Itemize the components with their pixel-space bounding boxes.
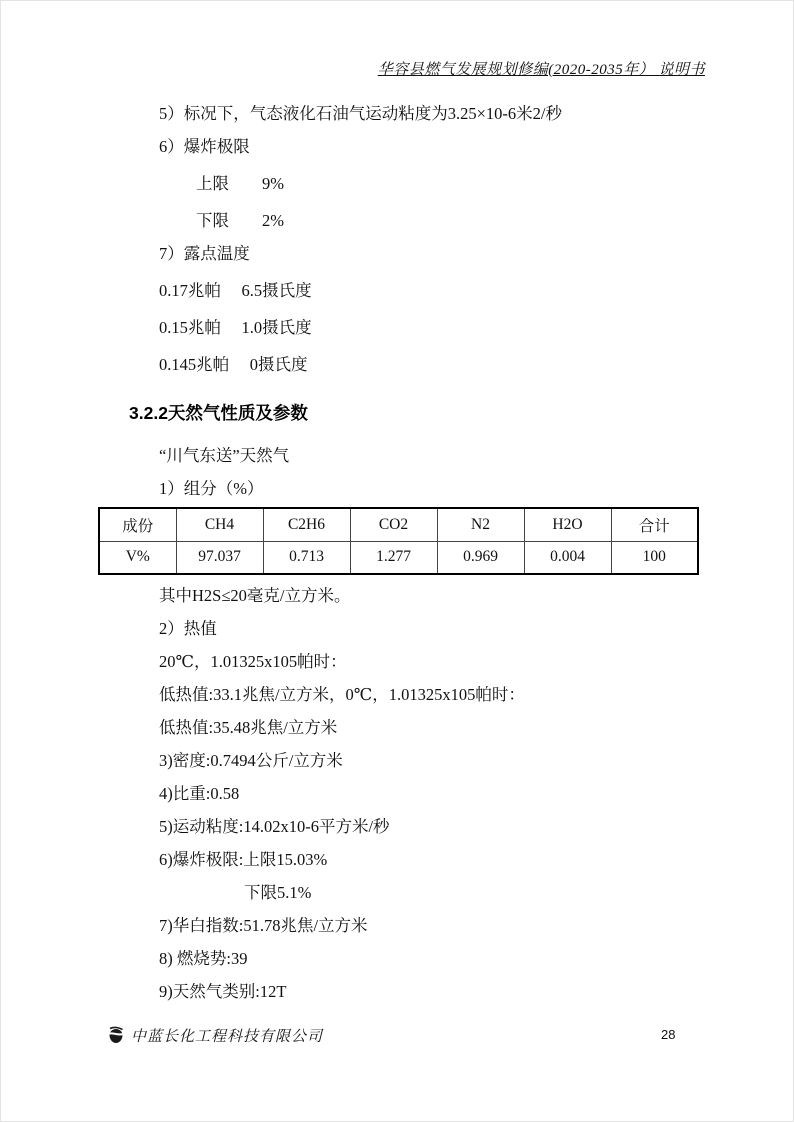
- ng-composition-heading: 1）组分（%）: [129, 472, 707, 505]
- ng-source-line: “川气东送”天然气: [129, 439, 707, 472]
- ng-heat-value-heading: 2）热值: [129, 612, 707, 645]
- ng-density-line: 3)密度:0.7494公斤/立方米: [129, 744, 707, 777]
- ng-combustion-potential-line: 8) 燃烧势:39: [129, 942, 707, 975]
- ng-wobbe-index-line: 7)华白指数:51.78兆焦/立方米: [129, 909, 707, 942]
- lpg-explosion-limit-heading: 6）爆炸极限: [129, 130, 707, 163]
- page-content: 5）标况下，气态液化石油气运动粘度为3.25×10-6米2/秒 6）爆炸极限 上…: [129, 97, 707, 1008]
- table-header-cell: H2O: [524, 508, 611, 541]
- table-header-cell: N2: [437, 508, 524, 541]
- document-page: 华容县燃气发展规划修编(2020-2035年） 说明书 5）标况下，气态液化石油…: [0, 0, 794, 1122]
- section-heading-322: 3.2.2天然气性质及参数: [129, 395, 707, 431]
- table-header-cell: CO2: [350, 508, 437, 541]
- lpg-dew-point-line-1: 0.17兆帕 6.5摄氏度: [129, 274, 707, 307]
- footer: 中蓝长化工程科技有限公司: [107, 1025, 323, 1046]
- ng-explosion-lower-line: 下限5.1%: [129, 876, 707, 909]
- gas-composition-table: 成份 CH4 C2H6 CO2 N2 H2O 合计 V% 97.037 0.71…: [98, 507, 699, 575]
- table-header-cell: CH4: [176, 508, 263, 541]
- table-header-cell: 成份: [99, 508, 176, 541]
- ng-heat-condition-line: 20℃，1.01325x105帕时：: [129, 645, 707, 678]
- lpg-explosion-upper-limit: 上限 9%: [129, 167, 707, 200]
- lpg-viscosity-line: 5）标况下，气态液化石油气运动粘度为3.25×10-6米2/秒: [129, 97, 707, 130]
- ng-low-heat-value-line-1: 低热值:33.1兆焦/立方米，0℃，1.01325x105帕时：: [129, 678, 707, 711]
- table-cell: V%: [99, 541, 176, 574]
- lpg-dew-point-line-3: 0.145兆帕 0摄氏度: [129, 348, 707, 381]
- table-cell: 97.037: [176, 541, 263, 574]
- ng-gas-category-line: 9)天然气类别:12T: [129, 975, 707, 1008]
- table-cell: 0.969: [437, 541, 524, 574]
- table-cell: 0.713: [263, 541, 350, 574]
- table-cell: 1.277: [350, 541, 437, 574]
- table-cell: 0.004: [524, 541, 611, 574]
- ng-h2s-note: 其中H2S≤20毫克/立方米。: [129, 579, 707, 612]
- running-header-title: 华容县燃气发展规划修编(2020-2035年） 说明书: [378, 58, 705, 79]
- table-cell: 100: [611, 541, 698, 574]
- table-header-row: 成份 CH4 C2H6 CO2 N2 H2O 合计: [99, 508, 698, 541]
- table-header-cell: C2H6: [263, 508, 350, 541]
- table-header-cell: 合计: [611, 508, 698, 541]
- lpg-dew-point-line-2: 0.15兆帕 1.0摄氏度: [129, 311, 707, 344]
- ng-viscosity-line: 5)运动粘度:14.02x10-6平方米/秒: [129, 810, 707, 843]
- ng-explosion-upper-line: 6)爆炸极限:上限15.03%: [129, 843, 707, 876]
- ng-specific-gravity-line: 4)比重:0.58: [129, 777, 707, 810]
- company-logo-icon: [107, 1026, 125, 1046]
- table-value-row: V% 97.037 0.713 1.277 0.969 0.004 100: [99, 541, 698, 574]
- lpg-explosion-lower-limit: 下限 2%: [129, 204, 707, 237]
- page-number: 28: [661, 1027, 675, 1042]
- ng-low-heat-value-line-2: 低热值:35.48兆焦/立方米: [129, 711, 707, 744]
- lpg-dew-point-heading: 7）露点温度: [129, 237, 707, 270]
- footer-company-name: 中蓝长化工程科技有限公司: [131, 1025, 323, 1046]
